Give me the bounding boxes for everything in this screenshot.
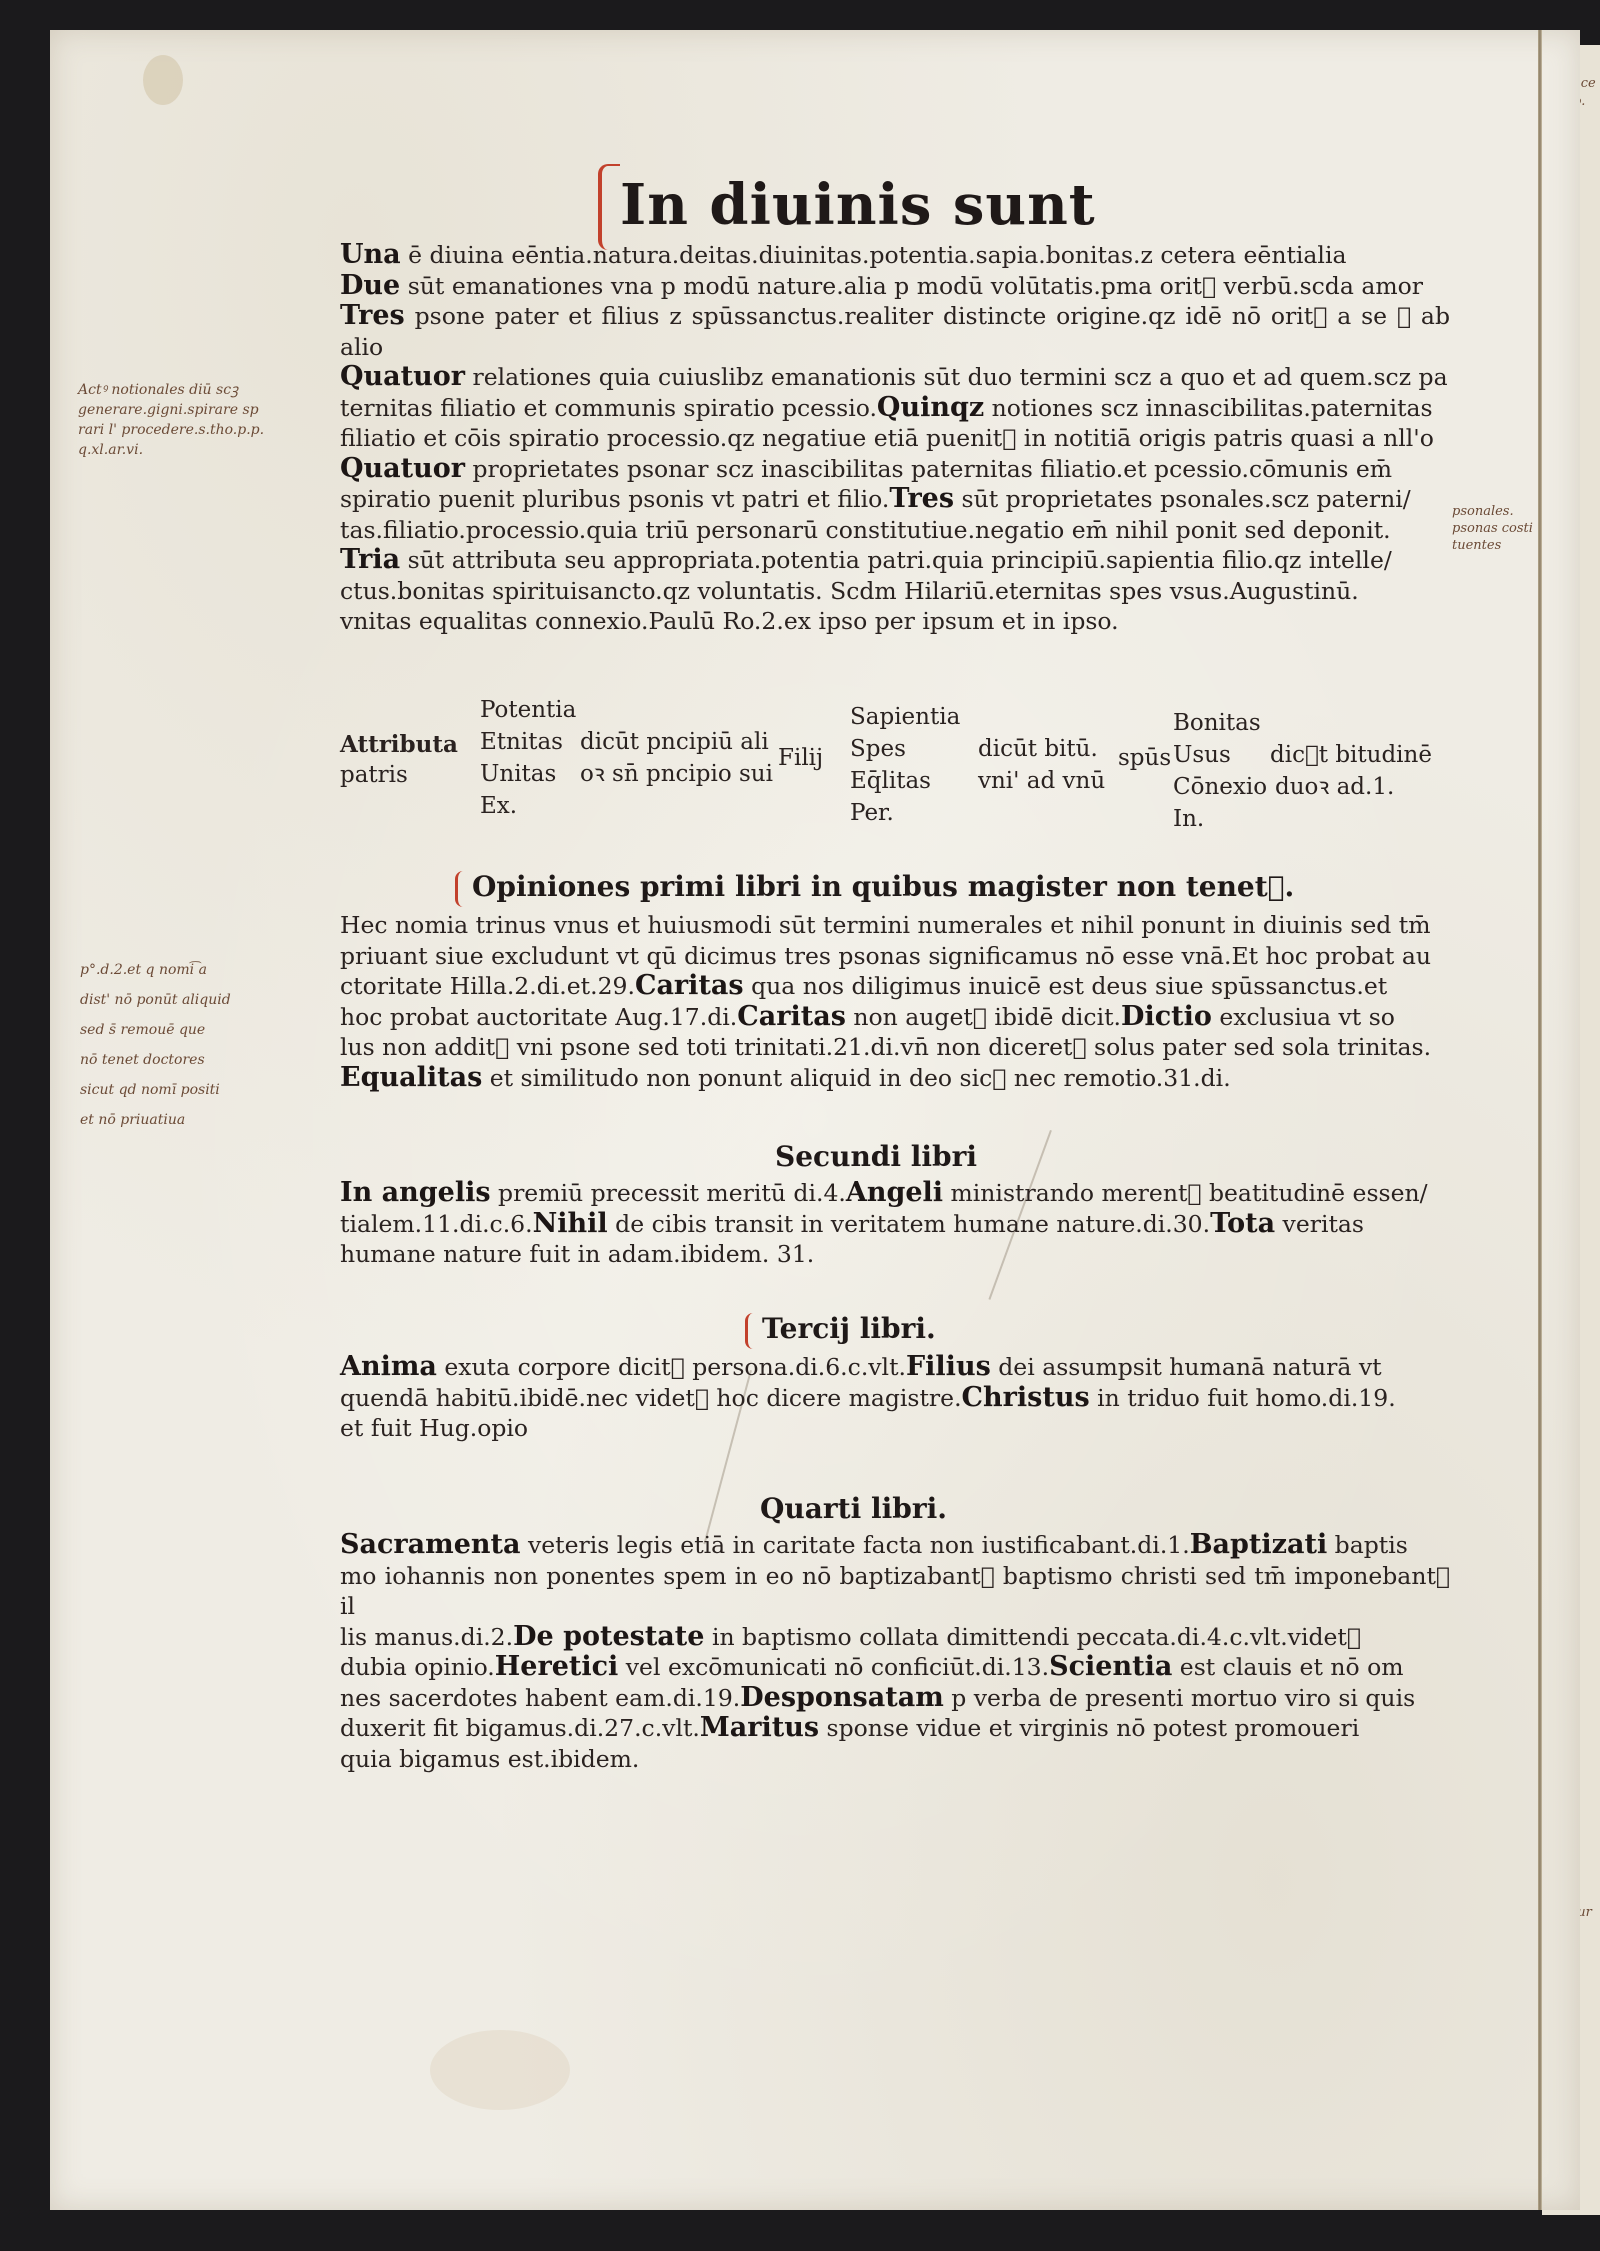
attribute-description: dicᷓt bitudinē [1270, 740, 1432, 770]
attribute-potentia: Potentia [480, 695, 576, 725]
text-run: lis manus.di.2. [340, 1623, 513, 1651]
text-line: filiatio et cōis spiratio processio.qz n… [340, 423, 1450, 454]
text-run: non augetᷓ ibidē dicit. [846, 1003, 1121, 1031]
text-run: sūt attributa seu appropriata.potentia p… [400, 546, 1392, 574]
text-line: ternitas filiatio et communis spiratio p… [340, 393, 1450, 424]
attribute-description: dicūt pncipiū ali [580, 727, 769, 757]
section-heading-tercii-libri: Tercij libri. [745, 1312, 936, 1349]
keyword: Una [340, 239, 401, 270]
page-title: In diuinis sunt [620, 172, 1096, 238]
text-line: dubia opinio.Heretici vel excōmunicati n… [340, 1652, 1450, 1683]
marginal-note-right-middle: psonales. psonas costi tuentes [1452, 503, 1533, 554]
text-run: mo iohannis non ponentes spem in eo nō b… [340, 1562, 1450, 1621]
keyword: Quinqz [877, 392, 984, 423]
keyword: Caritas [635, 970, 744, 1001]
attribute-connexio: Cōnexio [1173, 772, 1267, 802]
section-heading-quarti-libri: Quarti libri. [760, 1492, 947, 1525]
text-run: et similitudo non ponunt aliquid in deo … [482, 1064, 1230, 1092]
text-line: quia bigamus est.ibidem. [340, 1744, 1450, 1775]
attribute-unitas: Unitas [480, 759, 556, 789]
keyword: Quatuor [340, 361, 465, 392]
text-run: premiū precessit meritū di.4. [491, 1179, 846, 1207]
text-run: exuta corpore dicitᷓ persona.di.6.c.vlt. [437, 1353, 906, 1381]
text-line: tialem.11.di.c.6.Nihil de cibis transit … [340, 1209, 1450, 1240]
section-text-tercii-libri: Anima exuta corpore dicitᷓ persona.di.6.… [340, 1352, 1450, 1444]
text-run: ministrando merentᷓ beatitudinē essen/ [943, 1179, 1428, 1207]
keyword: Sacramenta [340, 1529, 521, 1560]
text-line: Anima exuta corpore dicitᷓ persona.di.6.… [340, 1352, 1450, 1383]
text-run: ē diuina eēntia.natura.deitas.diuinitas.… [401, 241, 1347, 269]
section-text-secundi-libri: In angelis premiū precessit meritū di.4.… [340, 1178, 1450, 1270]
text-run: hoc probat auctoritate Aug.17.di. [340, 1003, 737, 1031]
keyword: In angelis [340, 1177, 491, 1208]
text-line: nes sacerdotes habent eam.di.19.Desponsa… [340, 1683, 1450, 1714]
attribute-description: duoꝛ ad.1. [1275, 772, 1394, 802]
text-line: Tria sūt attributa seu appropriata.poten… [340, 545, 1450, 576]
attribute-description: dicūt bitū. [978, 734, 1098, 764]
rubricated-initial-mark [455, 871, 468, 907]
text-line: Una ē diuina eēntia.natura.deitas.diuini… [340, 240, 1450, 271]
keyword: Baptizati [1190, 1529, 1327, 1560]
rubricated-initial-mark [598, 164, 620, 250]
text-run: exclusiua vt so [1212, 1003, 1395, 1031]
text-line: ctoritate Hilla.2.di.et.29.Caritas qua n… [340, 971, 1450, 1002]
keyword: Caritas [737, 1001, 846, 1032]
section-heading-secundi-libri: Secundi libri [775, 1140, 977, 1173]
text-line: Tres psone pater et filius z spūssanctus… [340, 301, 1450, 362]
text-run: relationes quia cuiuslibz emanationis sū… [465, 363, 1448, 391]
keyword: Quatuor [340, 453, 465, 484]
text-run: est clauis et nō om [1172, 1653, 1403, 1681]
keyword: Angeli [846, 1177, 943, 1208]
keyword: Dictio [1121, 1001, 1212, 1032]
keyword: Scientia [1049, 1651, 1172, 1682]
attributes-label-spus: spūs [1118, 743, 1171, 773]
text-run: in baptismo collata dimittendi peccata.d… [704, 1623, 1361, 1651]
text-run: p verba de presenti mortuo viro si quis [944, 1684, 1415, 1712]
text-run: proprietates psonar scz inascibilitas pa… [465, 455, 1392, 483]
attribute-bonitas: Bonitas [1173, 708, 1261, 738]
text-run: vnitas equalitas connexio.Paulū Ro.2.ex … [340, 607, 1119, 635]
text-run: lus non additᷓ vni psone sed toti trinit… [340, 1033, 1431, 1061]
text-run: sūt proprietates psonales.scz paterni/ [954, 485, 1411, 513]
text-run: notiones scz innascibilitas.paternitas [984, 394, 1432, 422]
keyword: Desponsatam [740, 1682, 944, 1713]
text-run: baptis [1327, 1531, 1408, 1559]
keyword: Equalitas [340, 1062, 482, 1093]
text-line: hoc probat auctoritate Aug.17.di.Caritas… [340, 1002, 1450, 1033]
text-run: duxerit fit bigamus.di.27.c.vlt. [340, 1714, 700, 1742]
keyword: Christus [962, 1382, 1090, 1413]
keyword: Due [340, 270, 400, 301]
attribute-in: In. [1173, 804, 1204, 834]
attribute-usus: Usus [1173, 740, 1231, 770]
text-run: qua nos diligimus inuicē est deus siue s… [744, 972, 1388, 1000]
keyword: Nihil [533, 1208, 608, 1239]
text-line: ctus.bonitas spirituisancto.qz voluntati… [340, 576, 1450, 607]
attribute-sapientia: Sapientia [850, 702, 960, 732]
keyword: Maritus [700, 1712, 819, 1743]
attributes-table: Attributa patris Potentia Etnitas Unitas… [340, 690, 1440, 855]
attribute-ex: Ex. [480, 791, 517, 821]
text-run: in triduo fuit homo.di.19. [1090, 1384, 1396, 1412]
text-run: vel excōmunicati nō conficiūt.di.13. [618, 1653, 1049, 1681]
text-run: quendā habitū.ibidē.nec videtᷓ hoc dicer… [340, 1384, 962, 1412]
text-run: ctus.bonitas spirituisancto.qz voluntati… [340, 577, 1359, 605]
text-run: sponse vidue et virginis nō potest promo… [819, 1714, 1359, 1742]
text-line: duxerit fit bigamus.di.27.c.vlt.Maritus … [340, 1713, 1450, 1744]
keyword: Filius [906, 1351, 991, 1382]
text-line: tas.filiatio.processio.quia triū persona… [340, 515, 1450, 546]
text-line: et fuit Hug.opio [340, 1413, 1450, 1444]
text-line: spiratio puenit pluribus psonis vt patri… [340, 484, 1450, 515]
text-line: Hec nomia trinus vnus et huiusmodi sūt t… [340, 910, 1450, 941]
section-text-quarti-libri: Sacramenta veteris legis etiā in caritat… [340, 1530, 1450, 1774]
text-run: quia bigamus est.ibidem. [340, 1745, 639, 1773]
attribute-per: Per. [850, 798, 894, 828]
text-line: Quatuor proprietates psonar scz inascibi… [340, 454, 1450, 485]
keyword: Tres [340, 300, 405, 331]
text-line: priuant siue excludunt vt qū dicimus tre… [340, 941, 1450, 972]
attribute-equalitas: Eq̄litas [850, 766, 931, 796]
page-gutter [1538, 30, 1542, 2210]
section-heading-primi-libri: Opiniones primi libri in quibus magister… [455, 870, 1294, 907]
text-line: Due sūt emanationes vna p modū nature.al… [340, 271, 1450, 302]
text-line: quendā habitū.ibidē.nec videtᷓ hoc dicer… [340, 1383, 1450, 1414]
section-text-primi-libri: Hec nomia trinus vnus et huiusmodi sūt t… [340, 910, 1450, 1093]
attribute-description: oꝛ sn̄ pncipio sui [580, 759, 773, 789]
rubricated-initial-mark [745, 1313, 758, 1349]
text-line: humane nature fuit in adam.ibidem. 31. [340, 1239, 1450, 1270]
text-run: sūt emanationes vna p modū nature.alia p… [400, 272, 1423, 300]
text-line: lus non additᷓ vni psone sed toti trinit… [340, 1032, 1450, 1063]
attribute-spes: Spes [850, 734, 906, 764]
text-run: et fuit Hug.opio [340, 1414, 528, 1442]
attribute-eternitas: Etnitas [480, 727, 563, 757]
keyword: Anima [340, 1351, 437, 1382]
keyword: De potestate [513, 1621, 704, 1652]
text-run: nes sacerdotes habent eam.di.19. [340, 1684, 740, 1712]
text-line: Equalitas et similitudo non ponunt aliqu… [340, 1063, 1450, 1094]
keyword: Tres [889, 483, 954, 514]
text-run: spiratio puenit pluribus psonis vt patri… [340, 485, 889, 513]
text-run: tialem.11.di.c.6. [340, 1210, 533, 1238]
text-line: In angelis premiū precessit meritū di.4.… [340, 1178, 1450, 1209]
attribute-description: vni' ad vnū [978, 766, 1105, 796]
intro-paragraph: Una ē diuina eēntia.natura.deitas.diuini… [340, 240, 1450, 637]
attributes-label: patris [340, 760, 408, 790]
attributes-label-filii: Filij [778, 743, 823, 773]
text-line: Quatuor relationes quia cuiuslibz emanat… [340, 362, 1450, 393]
text-run: dei assumpsit humanā naturā vt [991, 1353, 1382, 1381]
text-line: vnitas equalitas connexio.Paulū Ro.2.ex … [340, 606, 1450, 637]
text-run: Hec nomia trinus vnus et huiusmodi sūt t… [340, 911, 1431, 939]
keyword: Heretici [495, 1651, 619, 1682]
text-run: dubia opinio. [340, 1653, 495, 1681]
attributes-label: Attributa [340, 730, 458, 760]
marginal-note-left-middle: p°.d.2.et q nomi͡ a dist' nō ponūt aliqu… [80, 955, 231, 1135]
marginal-note-left-upper: Actꝰ notionales diū scꝫ generare.gigni.s… [78, 380, 264, 460]
text-run: humane nature fuit in adam.ibidem. 31. [340, 1240, 814, 1268]
keyword: Tota [1210, 1208, 1275, 1239]
paper-stain [143, 55, 183, 105]
keyword: Tria [340, 544, 400, 575]
text-run: veritas [1275, 1210, 1364, 1238]
text-line: lis manus.di.2.De potestate in baptismo … [340, 1622, 1450, 1653]
text-run: ctoritate Hilla.2.di.et.29. [340, 972, 635, 1000]
text-run: filiatio et cōis spiratio processio.qz n… [340, 424, 1434, 452]
text-run: psone pater et filius z spūssanctus.real… [340, 302, 1450, 361]
text-line: Sacramenta veteris legis etiā in caritat… [340, 1530, 1450, 1561]
paper-stain [430, 2030, 570, 2110]
text-run: de cibis transit in veritatem humane nat… [608, 1210, 1210, 1238]
text-run: ternitas filiatio et communis spiratio p… [340, 394, 877, 422]
text-run: tas.filiatio.processio.quia triū persona… [340, 516, 1391, 544]
text-line: mo iohannis non ponentes spem in eo nō b… [340, 1561, 1450, 1622]
text-run: veteris legis etiā in caritate facta non… [521, 1531, 1190, 1559]
text-run: priuant siue excludunt vt qū dicimus tre… [340, 942, 1431, 970]
